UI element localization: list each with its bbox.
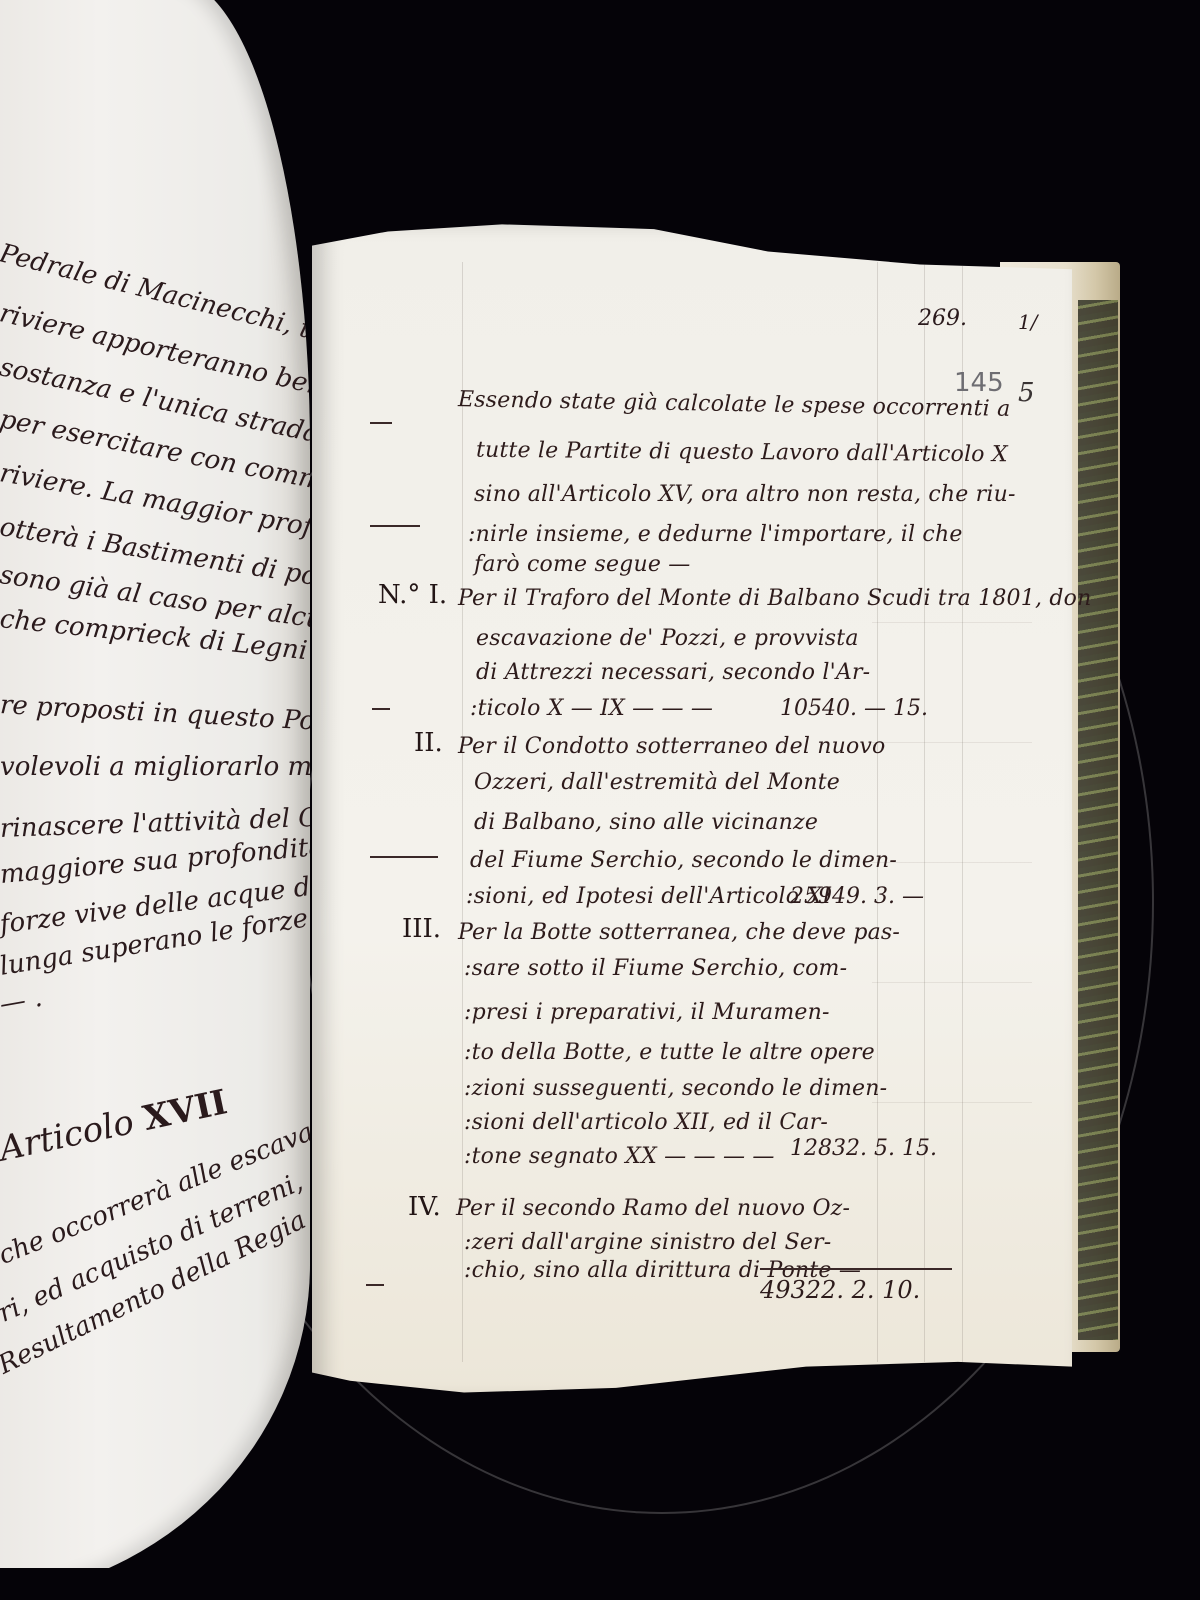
item-line: :presi i preparativi, il Muramen- [464,1000,830,1025]
manuscript-photo: 269. 145 1/ 5 Essendo state già calcolat… [0,0,1176,1568]
intro-line: :nirle insieme, e dedurne l'importare, i… [468,522,963,547]
item-amount: 10540. — 15. [780,696,928,721]
item-number: IV. [408,1192,441,1222]
item-line: :zeri dall'argine sinistro del Ser- [464,1230,831,1255]
margin-dash [370,856,438,858]
intro-line: tutte le Partite di questo Lavoro dall'A… [476,438,1008,468]
margin-dash [370,422,392,424]
item-line: :sioni, ed Ipotesi dell'Articolo XI [466,884,831,909]
pencil-folio-number: 145 [954,368,1004,398]
subtotal-rule [760,1268,952,1270]
item-line: :sioni dell'articolo XII, ed il Car- [464,1110,828,1135]
left-page-text: Pedrale di Macinecchi, tragitti tempe ri… [0,0,310,1568]
margin-dash [370,525,420,527]
folio-number: 269. [918,306,967,331]
item-line: Per il Condotto sotterraneo del nuovo [458,734,886,759]
ruling-line [924,262,925,1362]
item-line: Per il Traforo del Monte di Balbano Scud… [458,586,1091,611]
item-line: del Fiume Serchio, secondo le dimen- [470,848,897,873]
item-line: Per la Botte sotterranea, che deve pas- [458,920,900,945]
left-page: Pedrale di Macinecchi, tragitti tempe ri… [0,0,310,1568]
subtotal-amount: 49322. 2. 10. [760,1276,920,1304]
left-line: re proposti in questo Porto, sono [0,690,310,743]
item-line: di Balbano, sino alle vicinanze [474,810,818,835]
item-line: :ticolo X — IX — — — [470,696,713,721]
ruling-line [872,622,1032,623]
item-line: :tone segnato XX — — — — [464,1144,775,1169]
item-amount: 12832. 5. 15. [790,1136,937,1161]
ruling-line [872,982,1032,983]
item-line: Per il secondo Ramo del nuovo Oz- [456,1196,850,1221]
intro-line: sino all'Articolo XV, ora altro non rest… [474,482,1016,507]
ruling-line [877,262,878,1362]
ruling-line [962,262,963,1362]
margin-dash [366,1284,384,1286]
article-heading: Articolo XVII [0,1082,231,1169]
margin-mark-bottom: 5 [1018,378,1035,408]
item-amount: 25949. 3. — [790,884,924,909]
item-line: :zioni susseguenti, secondo le dimen- [464,1076,887,1101]
ruling-line [872,742,1032,743]
item-line: :sare sotto il Fiume Serchio, com- [464,956,847,981]
margin-mark-top: 1/ [1018,310,1037,334]
item-number: II. [414,728,443,758]
article-heading-word: Articolo [0,1102,137,1169]
left-line: volevoli a migliorarlo maggior [0,752,310,782]
item-line: escavazione de' Pozzi, e provvista [476,626,859,651]
item-number: III. [402,914,441,944]
ruling-line [872,1102,1032,1103]
margin-dash [372,708,390,710]
article-heading-number: XVII [140,1082,231,1139]
left-line: — . [0,983,44,1020]
marbled-cover-edge [1078,300,1118,1340]
item-number: N.° I. [378,580,447,610]
intro-line: farò come segue — [474,552,690,577]
item-line: di Attrezzi necessari, secondo l'Ar- [476,660,870,685]
item-line: Ozzeri, dall'estremità del Monte [474,770,840,795]
item-line: :to della Botte, e tutte le altre opere [464,1040,875,1065]
